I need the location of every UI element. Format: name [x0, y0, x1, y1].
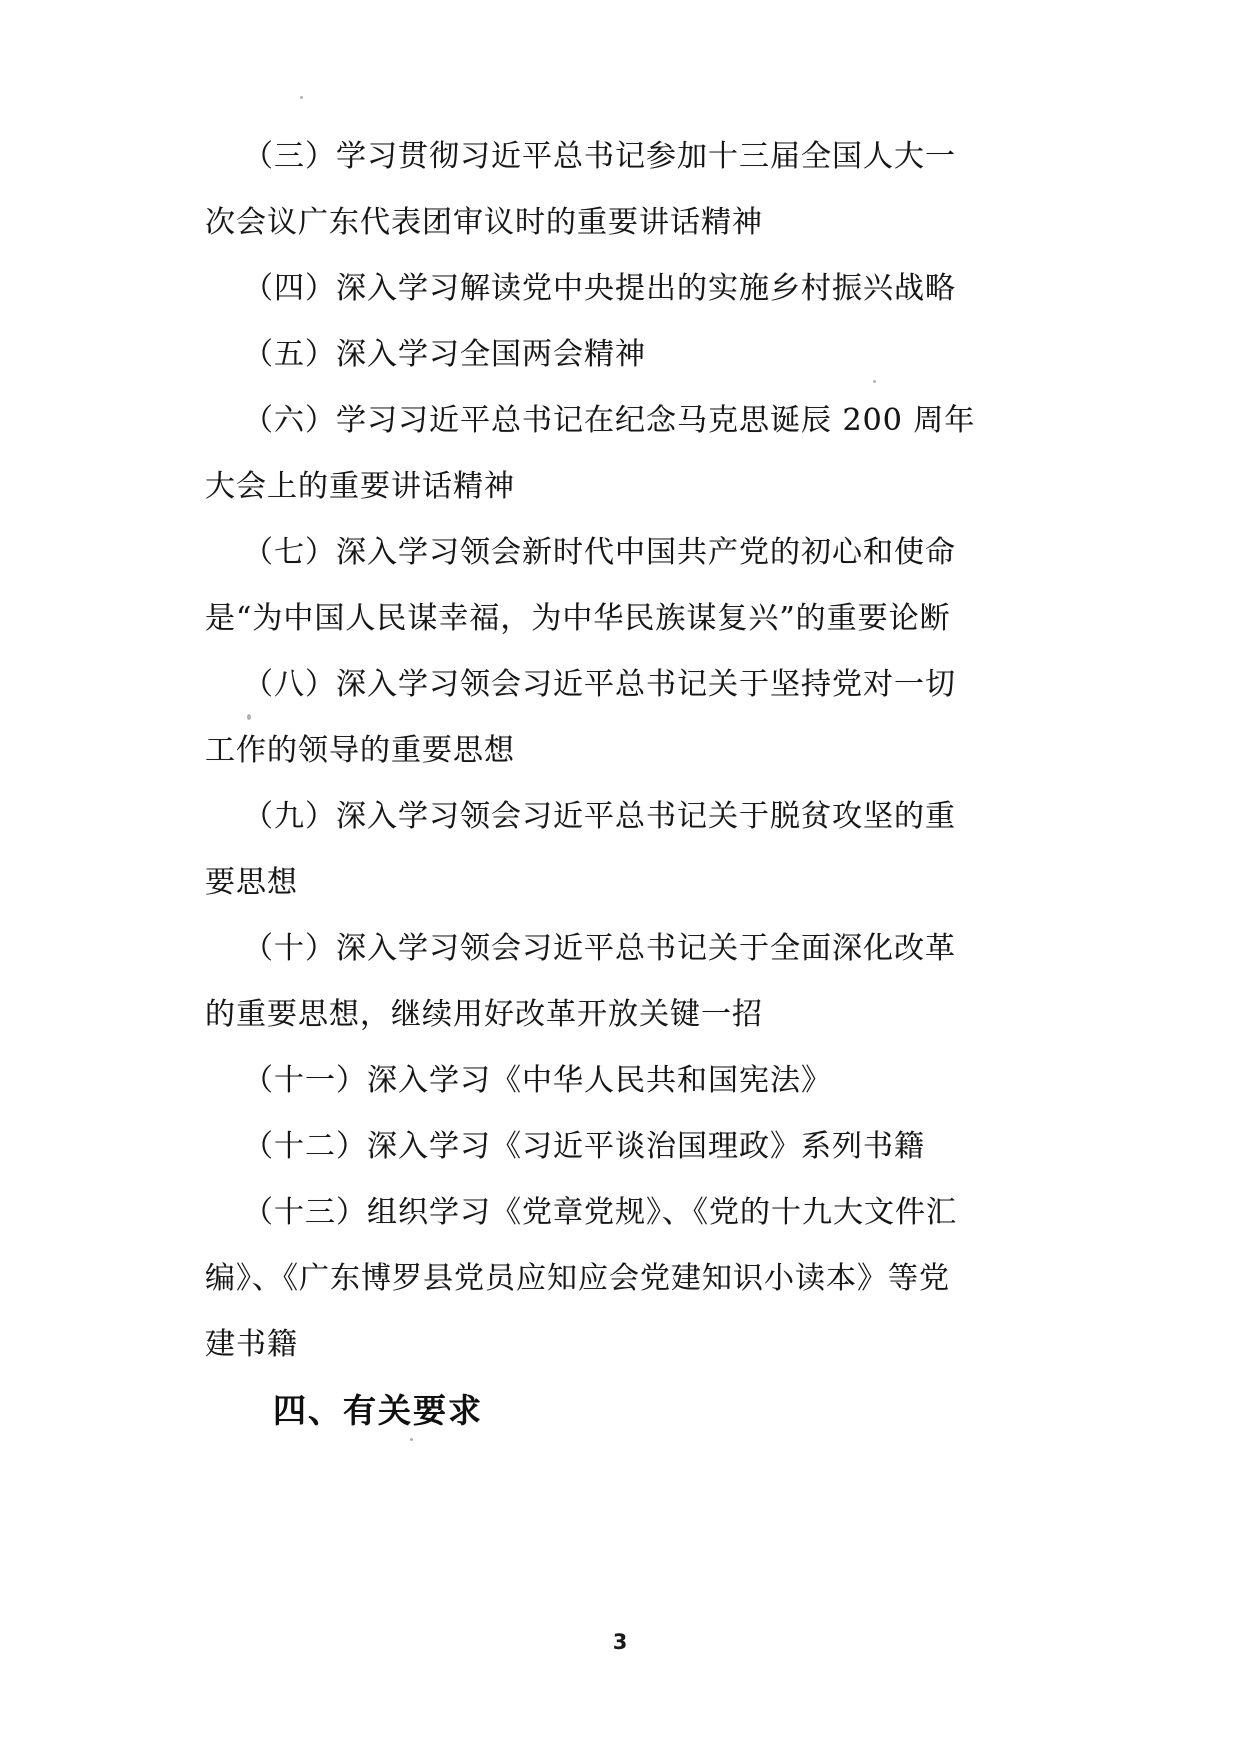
page-number: 3: [600, 1630, 640, 1654]
document-line: （四）深入学习解读党中央提出的实施乡村振兴战略: [205, 256, 965, 322]
document-line: （三）学习贯彻习近平总书记参加十三届全国人大一: [205, 124, 965, 190]
document-line: 的重要思想，继续用好改革开放关键一招: [205, 982, 965, 1048]
document-line: （十一）深入学习《中华人民共和国宪法》: [205, 1048, 965, 1114]
document-line: （六）学习习近平总书记在纪念马克思诞辰 200 周年: [205, 388, 965, 454]
document-line: （十三）组织学习《党章党规》、《党的十九大文件汇: [205, 1180, 965, 1246]
document-line: （九）深入学习领会习近平总书记关于脱贫攻坚的重: [205, 784, 965, 850]
document-line: 工作的领导的重要思想: [205, 718, 965, 784]
document-line: 要思想: [205, 850, 965, 916]
document-line: 是“为中国人民谋幸福，为中华民族谋复兴”的重要论断: [205, 586, 965, 652]
scan-speck: [300, 96, 303, 99]
document-line: （七）深入学习领会新时代中国共产党的初心和使命: [205, 520, 965, 586]
document-line: （八）深入学习领会习近平总书记关于坚持党对一切: [205, 652, 965, 718]
scan-speck: [410, 1438, 413, 1441]
section-heading: 四、有关要求: [205, 1378, 965, 1444]
document-line: 编》、《广东博罗县党员应知应会党建知识小读本》等党: [205, 1246, 965, 1312]
scanned-document-page: （三）学习贯彻习近平总书记参加十三届全国人大一 次会议广东代表团审议时的重要讲话…: [0, 0, 1241, 1754]
document-line: （五）深入学习全国两会精神: [205, 322, 965, 388]
scan-speck: [247, 714, 251, 720]
document-line: 大会上的重要讲话精神: [205, 454, 965, 520]
document-body: （三）学习贯彻习近平总书记参加十三届全国人大一 次会议广东代表团审议时的重要讲话…: [205, 124, 965, 1444]
document-line: 次会议广东代表团审议时的重要讲话精神: [205, 190, 965, 256]
document-line: 建书籍: [205, 1312, 965, 1378]
document-line: （十）深入学习领会习近平总书记关于全面深化改革: [205, 916, 965, 982]
scan-speck: [873, 380, 876, 383]
document-line: （十二）深入学习《习近平谈治国理政》系列书籍: [205, 1114, 965, 1180]
